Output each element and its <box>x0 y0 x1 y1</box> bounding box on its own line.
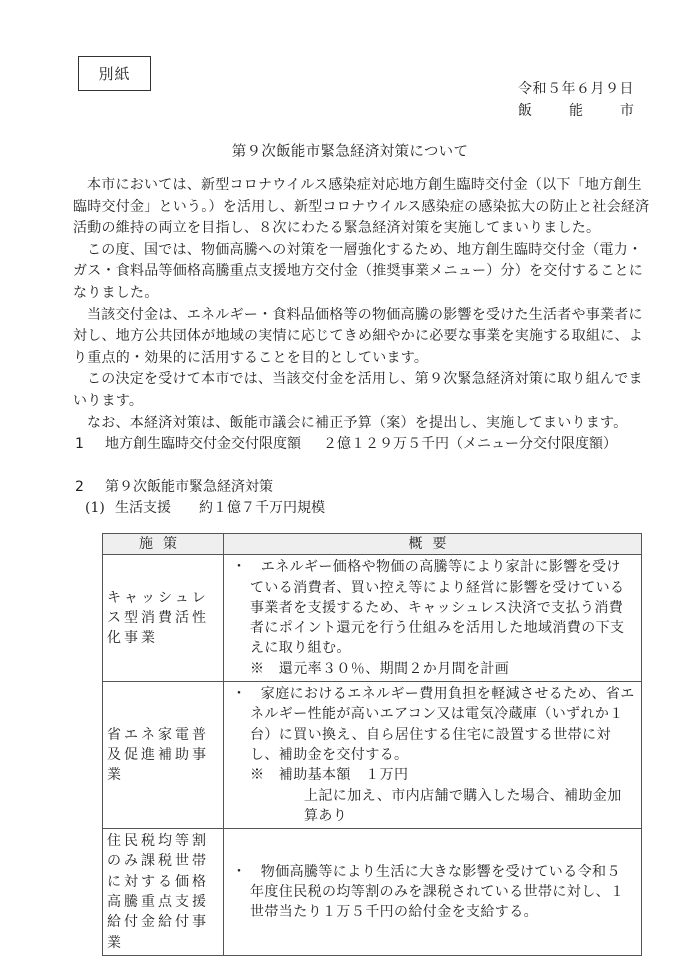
policy-summary: ・ 家庭におけるエネルギー費用負担を軽減させるため、省エネルギー性能が高いエアコ… <box>224 682 642 829</box>
policy-name: 省エネ家電普及促進補助事業 <box>103 682 224 829</box>
issuer-char: 能 <box>569 100 583 120</box>
subsection-scale: 約１億７千万円規模 <box>199 500 325 516</box>
body-text: 本市においては、新型コロナウイルス感染症対応地方創生臨時交付金（以下「地方創生臨… <box>73 175 653 434</box>
issuer-char: 市 <box>620 100 634 120</box>
table-row: 省エネ家電普及促進補助事業 ・ 家庭におけるエネルギー費用負担を軽減させるため、… <box>103 682 642 829</box>
paragraph: この決定を受けて本市では、当該交付金を活用し、第９次緊急経済対策に取り組んでまい… <box>73 369 653 412</box>
summary-note: ※ 補助基本額 １万円 <box>232 765 635 785</box>
subsection-number: (1) <box>85 500 115 516</box>
paragraph: 本市においては、新型コロナウイルス感染症対応地方創生臨時交付金（以下「地方創生臨… <box>73 175 653 240</box>
grant-limit-amount: ２億１２９万５千円（メニュー分交付限度額） <box>323 436 617 452</box>
document-date: 令和５年６月９日 <box>518 78 634 98</box>
section-number: 1 <box>75 436 105 452</box>
summary-bullet: ・ エネルギー価格や物価の高騰等により家計に影響を受けている消費者、買い控え等に… <box>232 557 635 658</box>
document-title: 第９次飯能市緊急経済対策について <box>0 140 700 161</box>
policy-name: キャッシュレス型消費活性化事業 <box>103 555 224 682</box>
paragraph: 当該交付金は、エネルギー・食料品価格等の物価高騰の影響を受けた生活者や事業者に対… <box>73 305 653 370</box>
section-heading: 地方創生臨時交付金交付限度額 <box>105 436 301 452</box>
summary-note: ※ 還元率３０％、期間２か月間を計画 <box>232 659 635 679</box>
issuer: 飯 能 市 <box>518 100 634 120</box>
section-heading: 第９次飯能市緊急経済対策 <box>105 479 273 495</box>
section-1: 1地方創生臨時交付金交付限度額２億１２９万５千円（メニュー分交付限度額） <box>75 433 617 453</box>
table-row: 住民税均等割のみ課税世帯に対する価格高騰重点支援給付金給付事業 ・ 物価高騰等に… <box>103 829 642 956</box>
subsection-1: (1)生活支援約１億７千万円規模 <box>85 497 325 517</box>
attachment-label: 別紙 <box>78 56 151 91</box>
subsection-label: 生活支援 <box>115 500 171 516</box>
summary-note-continuation: 上記に加え、市内店舗で購入した場合、補助金加算あり <box>232 786 635 827</box>
summary-bullet: ・ 物価高騰等により生活に大きな影響を受けている令和５年度住民税の均等割のみを課… <box>232 862 635 923</box>
table-header-row: 施策 概要 <box>103 534 642 555</box>
column-header-summary: 概要 <box>224 534 642 555</box>
policy-summary: ・ エネルギー価格や物価の高騰等により家計に影響を受けている消費者、買い控え等に… <box>224 555 642 682</box>
issuer-char: 飯 <box>518 100 532 120</box>
section-number: 2 <box>75 479 105 495</box>
table-row: キャッシュレス型消費活性化事業 ・ エネルギー価格や物価の高騰等により家計に影響… <box>103 555 642 682</box>
policy-name: 住民税均等割のみ課税世帯に対する価格高騰重点支援給付金給付事業 <box>103 829 224 956</box>
paragraph: この度、国では、物価高騰への対策を一層強化するため、地方創生臨時交付金（電力・ガ… <box>73 240 653 305</box>
summary-bullet: ・ 家庭におけるエネルギー費用負担を軽減させるため、省エネルギー性能が高いエアコ… <box>232 684 635 765</box>
paragraph: なお、本経済対策は、飯能市議会に補正予算（案）を提出し、実施してまいります。 <box>73 413 653 435</box>
column-header-policy: 施策 <box>103 534 224 555</box>
section-2: 2第９次飯能市緊急経済対策 <box>75 476 273 496</box>
policy-table: 施策 概要 キャッシュレス型消費活性化事業 ・ エネルギー価格や物価の高騰等によ… <box>102 533 642 956</box>
policy-summary: ・ 物価高騰等により生活に大きな影響を受けている令和５年度住民税の均等割のみを課… <box>224 829 642 956</box>
